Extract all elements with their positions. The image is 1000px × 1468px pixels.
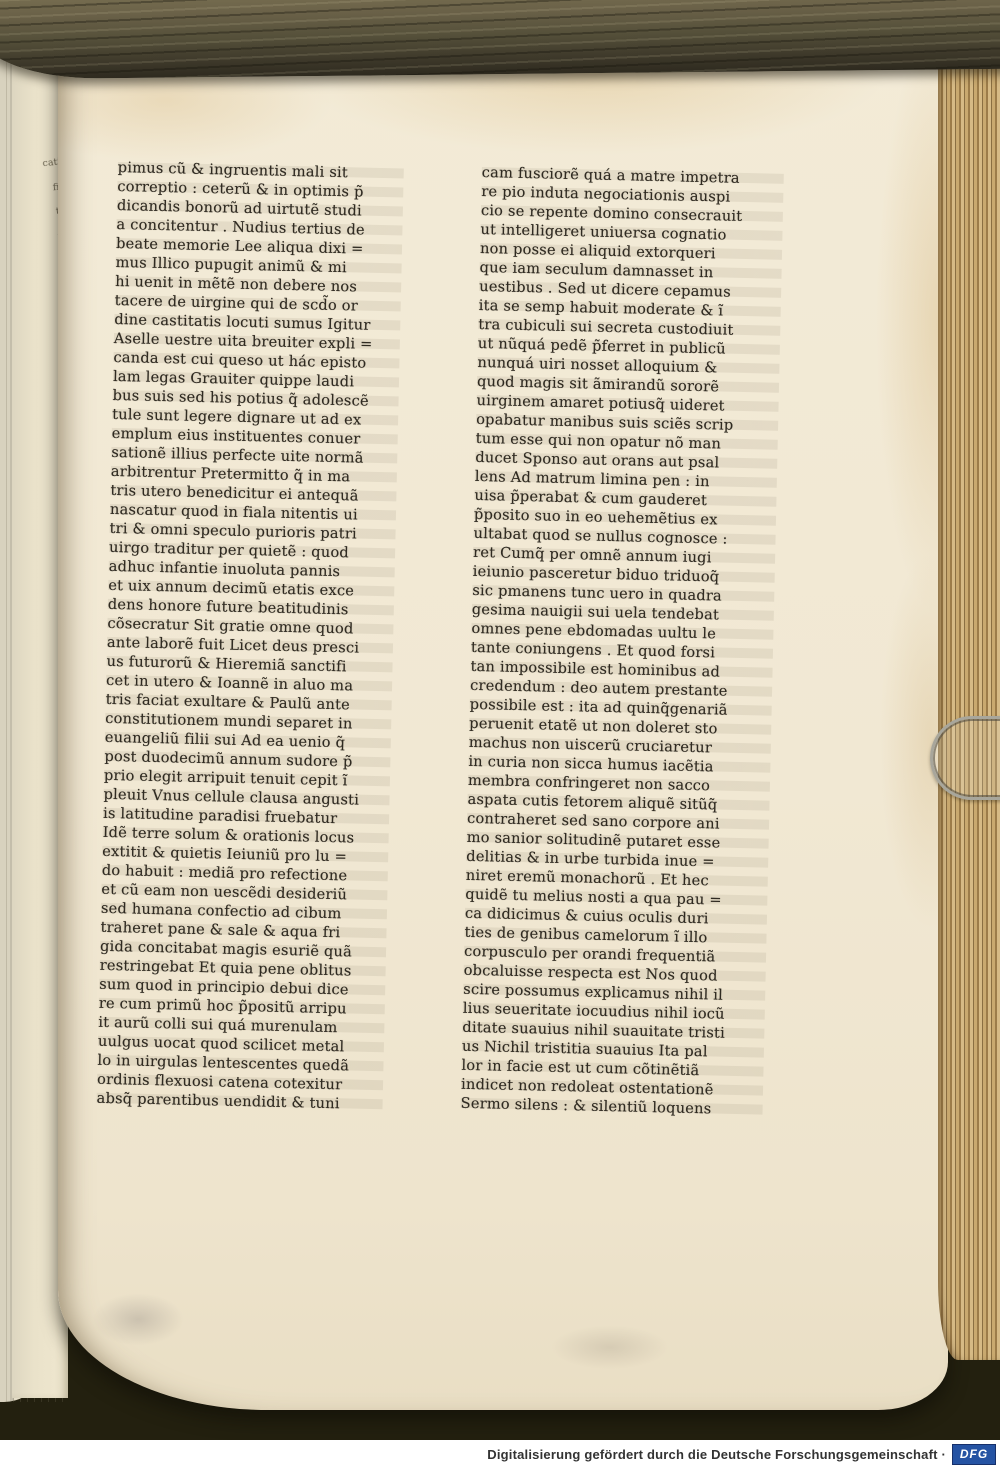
book-photograph: catisfilaturuminenontracarbiospi:m fité … bbox=[0, 0, 1000, 1440]
digitization-caption: Digitalisierung gefördert durch die Deut… bbox=[487, 1447, 946, 1462]
book-fore-edge bbox=[938, 30, 1000, 1360]
text-column-right: cam fusciorẽ quá a matre impetrare pio i… bbox=[460, 163, 783, 1120]
text-column-left: pimus cũ & ingruentis mali sitcorreptio … bbox=[96, 158, 403, 1114]
head-edge-texture bbox=[0, 0, 1000, 80]
digitization-caption-bar: Digitalisierung gefördert durch die Deut… bbox=[0, 1440, 1000, 1468]
book-head-edge bbox=[0, 0, 1000, 80]
manuscript-page: pimus cũ & ingruentis mali sitcorreptio … bbox=[58, 16, 948, 1410]
dfg-logo: DFG bbox=[952, 1444, 996, 1465]
scan-viewer-frame: catisfilaturuminenontracarbiospi:m fité … bbox=[0, 0, 1000, 1468]
